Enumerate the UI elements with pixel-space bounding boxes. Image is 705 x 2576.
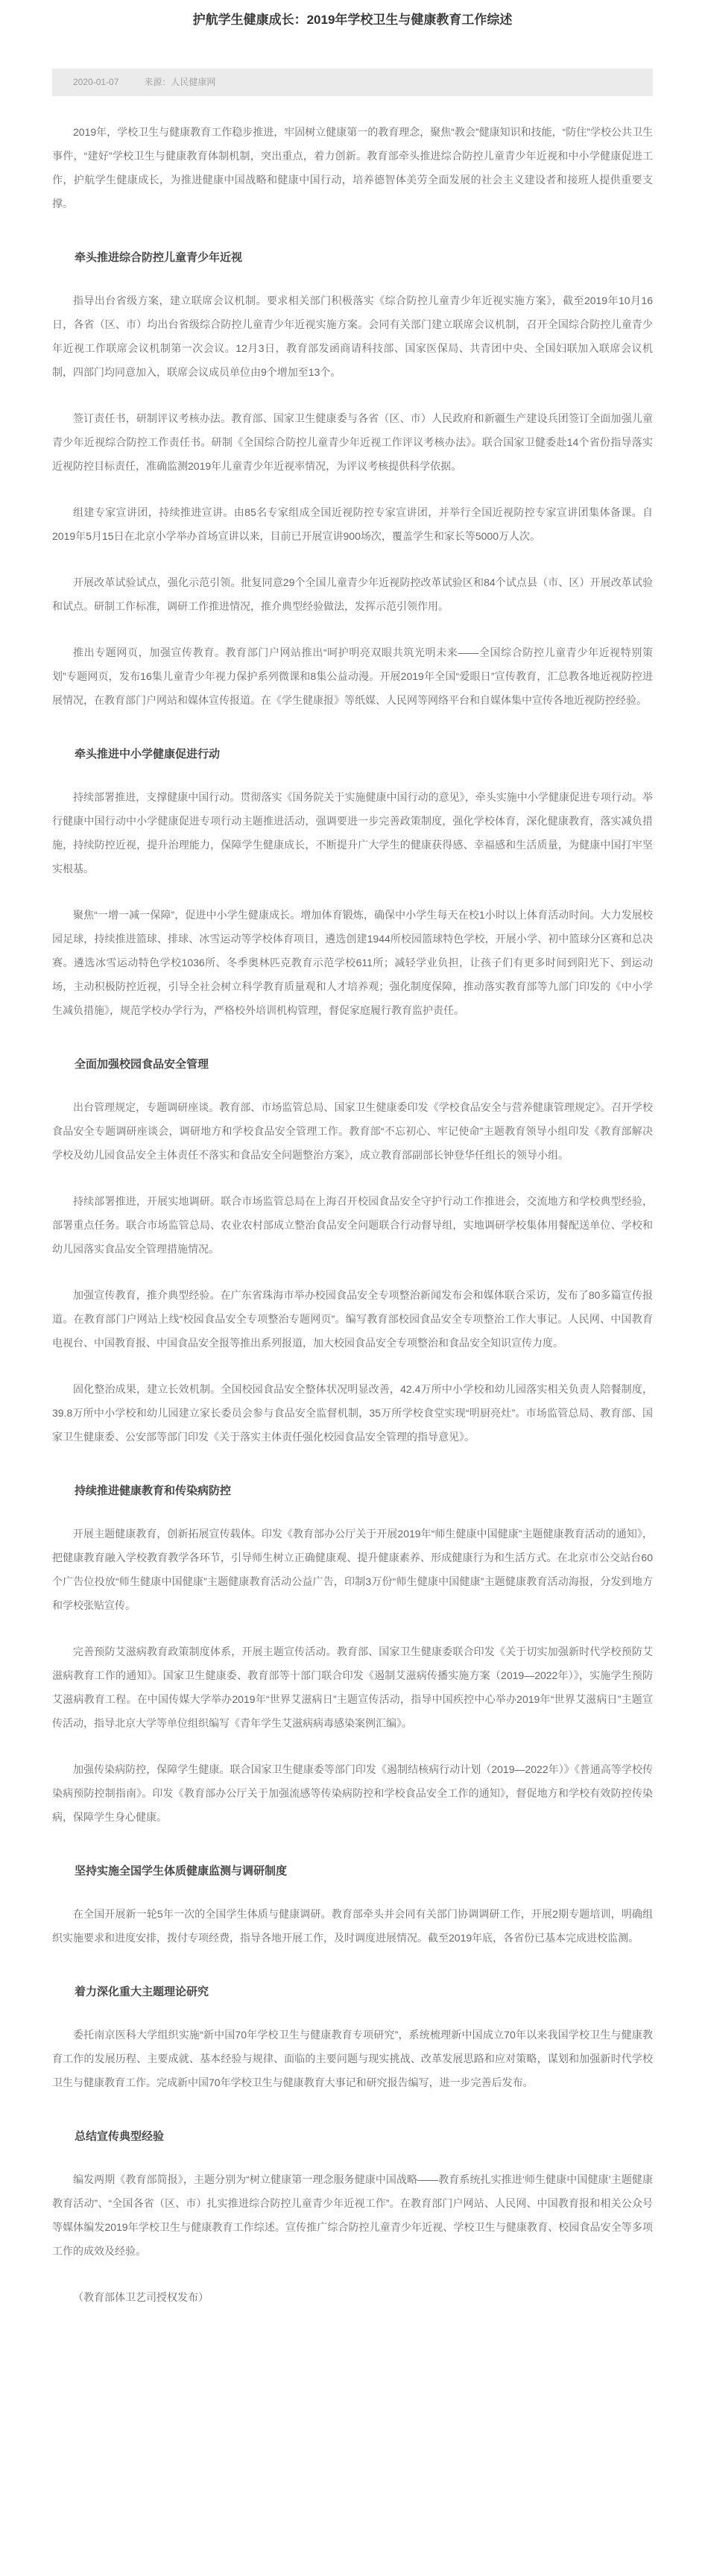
article-body: 2019年，学校卫生与健康教育工作稳步推进，牢固树立健康第一的教育理念，聚焦“教… (52, 96, 653, 2361)
article-container: 护航学生健康成长：2019年学校卫生与健康教育工作综述 2020-01-07 来… (52, 0, 653, 2361)
body-paragraph: 推出专题网页，加强宣传教育。教育部门户网站推出“呵护明亮双眼共筑光明未来——全国… (52, 640, 653, 712)
section-heading: 着力深化重大主题理论研究 (52, 1984, 653, 2000)
body-paragraph: 持续部署推进，开展实地调研。联合市场监管总局在上海召开校园食品安全守护行动工作推… (52, 1189, 653, 1261)
source-label: 来源：人民健康网 (144, 69, 215, 96)
section-heading: 牵头推进综合防控儿童青少年近视 (52, 250, 653, 266)
body-paragraph: 在全国开展新一轮5年一次的全国学生体质与健康调研。教育部牵头并会同有关部门协调调… (52, 1902, 653, 1950)
body-paragraph: 加强传染病防控，保障学生健康。联合国家卫生健康委等部门印发《遏制结核病行动计划（… (52, 1757, 653, 1829)
section-heading: 全面加强校园食品安全管理 (52, 1056, 653, 1073)
body-paragraph: （教育部体卫艺司授权发布） (52, 2285, 653, 2309)
body-paragraph: 开展改革试验试点，强化示范引领。批复同意29个全国儿童青少年近视防控改革试验区和… (52, 570, 653, 618)
section-heading: 坚持实施全国学生体质健康监测与调研制度 (52, 1863, 653, 1880)
body-paragraph: 委托南京医科大学组织实施“新中国70年学校卫生与健康教育专项研究”，系统梳理新中… (52, 2023, 653, 2094)
body-paragraph: 出台管理规定，专题调研座谈。教育部、市场监管总局、国家卫生健康委印发《学校食品安… (52, 1095, 653, 1167)
body-paragraph: 加强宣传教育，推介典型经验。在广东省珠海市举办校园食品安全专项整治新闻发布会和媒… (52, 1283, 653, 1355)
section-heading: 总结宣传典型经验 (52, 2129, 653, 2145)
body-paragraph: 组建专家宣讲团，持续推进宣讲。由85名专家组成全国近视防控专家宣讲团，并举行全国… (52, 500, 653, 548)
body-paragraph: 固化整治成果，建立长效机制。全国校园食品安全整体状况明显改善，42.4万所中小学… (52, 1377, 653, 1449)
page-title: 护航学生健康成长：2019年学校卫生与健康教育工作综述 (52, 10, 653, 30)
body-paragraph: 编发两期《教育部简报》，主题分别为“树立健康第一理念服务健康中国战略——教育系统… (52, 2167, 653, 2263)
section-heading: 持续推进健康教育和传染病防控 (52, 1483, 653, 1499)
body-paragraph: 签订责任书，研制评议考核办法。教育部、国家卫生健康委与各省（区、市）人民政府和新… (52, 406, 653, 478)
publish-date: 2020-01-07 (73, 69, 118, 96)
body-paragraph: 指导出台省级方案，建立联席会议机制。要求相关部门积极落实《综合防控儿童青少年近视… (52, 289, 653, 384)
section-heading: 牵头推进中小学健康促进行动 (52, 746, 653, 763)
body-paragraph: 持续部署推进，支撑健康中国行动。贯彻落实《国务院关于实施健康中国行动的意见》，牵… (52, 785, 653, 881)
body-paragraph: 开展主题健康教育，创新拓展宣传载体。印发《教育部办公厅关于开展2019年“师生健… (52, 1522, 653, 1617)
body-paragraph: 完善预防艾滋病教育政策制度体系，开展主题宣传活动。教育部、国家卫生健康委联合印发… (52, 1640, 653, 1735)
body-paragraph: 2019年，学校卫生与健康教育工作稳步推进，牢固树立健康第一的教育理念，聚焦“教… (52, 120, 653, 215)
meta-bar: 2020-01-07 来源：人民健康网 (52, 69, 653, 96)
body-paragraph: 聚焦“一增一减一保障”，促进中小学生健康成长。增加体育锻炼，确保中小学生每天在校… (52, 903, 653, 1022)
